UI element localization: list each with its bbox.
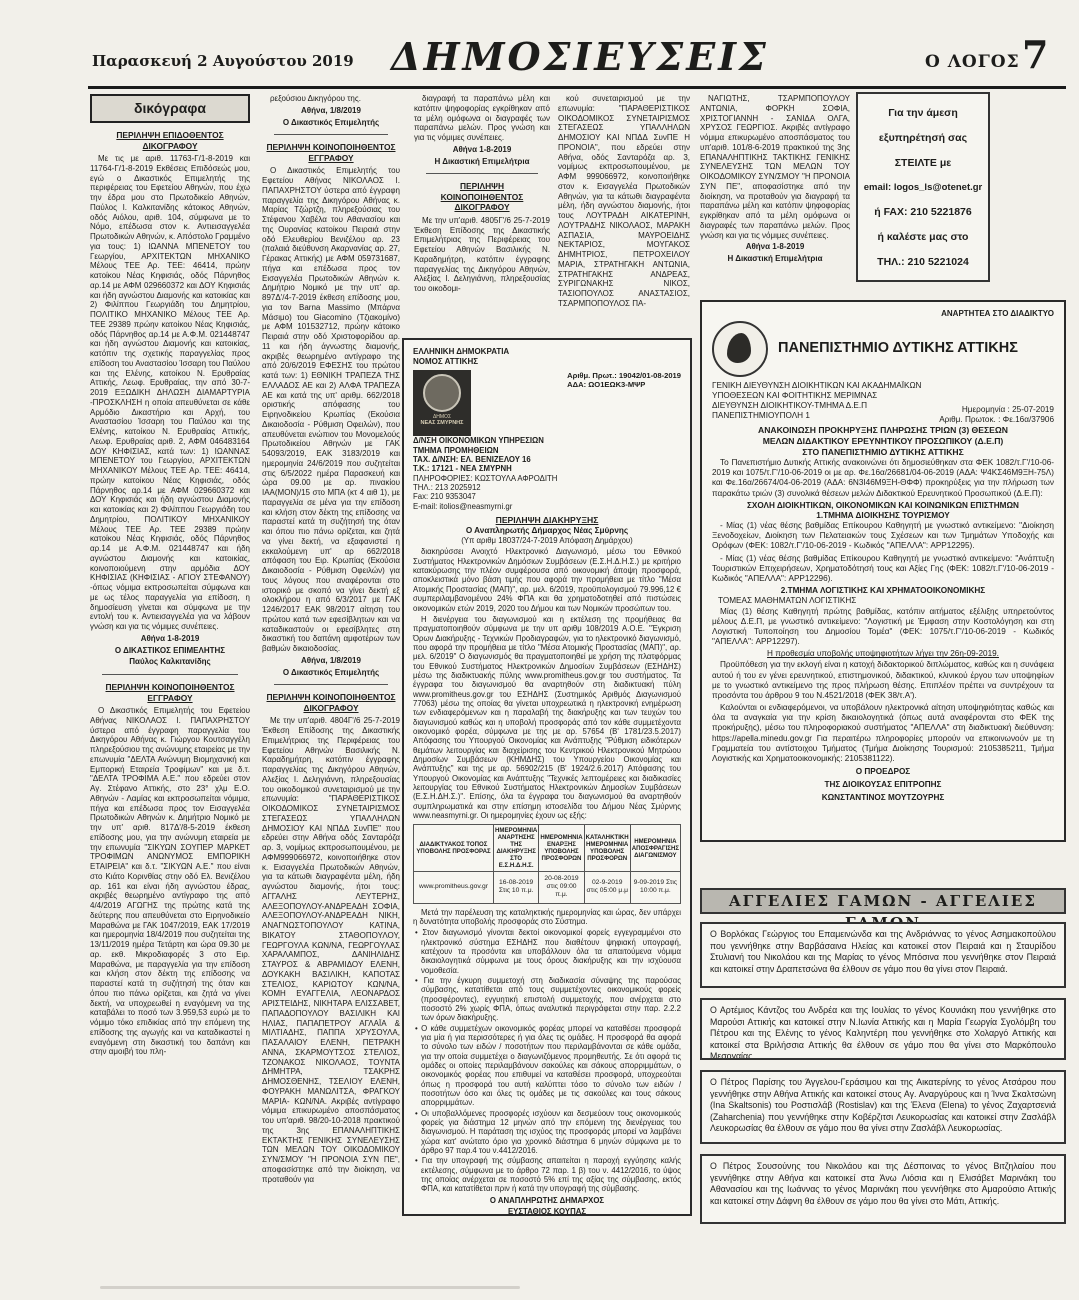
notice-continuation: ΝΑΓΙΩΤΗΣ, ΤΣΑΡΜΠΟΠΟΥΛΟΥ ΑΝΤΩΝΙΑ, ΦΟΡΚΗ Σ… <box>700 94 850 240</box>
address-line: Τ.Κ.: 17121 - ΝΕΑ ΣΜΥΡΝΗ <box>413 464 681 473</box>
ad-line: ΣΤΕΙΛΤΕ με <box>862 157 984 169</box>
tender-decision-ref: (Υπ αριθμ 18037/24-7-2019 Απόφαση Δημάρχ… <box>413 536 681 545</box>
newspaper-page: Παρασκευή 2 Αυγούστου 2019 ΔΗΜΟΣΙΕΥΣΕΙΣ … <box>0 0 1079 1300</box>
tender-paragraph: διακηρύσσει Ανοιχτό Ηλεκτρονικό Διαγωνισ… <box>413 547 681 612</box>
university-letterhead: ΓΕΝΙΚΗ ΔΙΕΥΘΥΝΣΗ ΔΙΟΙΚΗΤΙΚΩΝ ΚΑΙ ΑΚΑΔΗΜΑ… <box>712 381 1054 422</box>
table-cell: 02-9-2019 στις 05:00 μ.μ <box>584 872 630 903</box>
tender-bullet: Στον διαγωνισμό γίνονται δεκτοί οικονομι… <box>413 928 681 975</box>
table-cell: 20-08-2019 στις 09:00 π.μ. <box>539 872 584 903</box>
announcement-title: ΣΤΟ ΠΑΝΕΠΙΣΤΗΜΙΟ ΔΥΤΙΚΗΣ ΑΤΤΙΚΗΣ <box>712 447 1054 458</box>
signature-date: Αθήνα 1-8-2019 <box>700 242 850 252</box>
address-line: Δ/ΝΣΗ ΟΙΚΟΝΟΜΙΚΩΝ ΥΠΗΡΕΣΙΩΝ <box>413 436 681 445</box>
protocol-block: Ημερομηνία : 25-07-2019 Αριθμ. Πρωτοκ. :… <box>939 405 1054 425</box>
notice-title: ΠΕΡΙΛΗΨΗ ΚΟΙΝΟΠΟΙΗΘΕΝΤΟΣ ΔΙΚΟΓΡΑΦΟΥ <box>266 692 396 713</box>
school-heading: ΣΧΟΛΗ ΔΙΟΙΚΗΤΙΚΩΝ, ΟΙΚΟΝΟΜΙΚΩΝ ΚΑΙ ΚΟΙΝΩ… <box>712 501 1054 511</box>
newspaper-brand: Ο ΛΟΓΟΣ <box>925 52 1020 72</box>
contact-ad-box: Για την άμεση εξυπηρέτησή σας ΣΤΕΙΛΤΕ με… <box>856 92 990 282</box>
marriage-announcements-banner: ΑΓΓΕΛΙΕΣ ΓΑΜΩΝ - ΑΓΓΕΛΙΕΣ ΓΑΜΩΝ <box>700 888 1066 914</box>
fax-line: Fax: 210 9353047 <box>413 492 681 501</box>
signature-date: Αθήνα 1-8-2019 <box>90 634 250 644</box>
position-item: - Μίας (1) νέας θέσης βαθμίδας Επίκουρου… <box>712 521 1054 552</box>
table-row: www.promitheus.gov.gr 16-08-2019 Στις 10… <box>414 872 681 903</box>
notice-body: Με την υπ'αριθ. 4804Γ'/6 25-7-2019 Έκθεσ… <box>262 716 400 1184</box>
section-divider <box>102 674 238 675</box>
section-divider <box>274 684 388 685</box>
tender-bullet: Για την υπογραφή της σύμβασης απαιτείται… <box>413 1156 681 1193</box>
signature-date: Αθήνα, 1/8/2019 <box>262 106 400 116</box>
position-item: - Μίας (1) νέας θέσης βαθμίδας Επίκουρου… <box>712 554 1054 585</box>
seal-emblem-icon <box>423 374 461 412</box>
signature-role: Η Δικαστική Επιμελήτρια <box>414 157 550 167</box>
classifieds-column-3: διαγραφή τα παραπάνω μέλη και κατόπιν ψη… <box>414 94 550 334</box>
phone-line: ΤΗΛ.: 213 2025912 <box>413 483 681 492</box>
notice-continuation: διαγραφή τα παραπάνω μέλη και κατόπιν ψη… <box>414 94 550 143</box>
signature-role: Ο ΠΡΟΕΔΡΟΣ <box>712 767 1054 777</box>
signature-role: Ο Δικαστικός Επιμελητής <box>262 118 400 128</box>
classifieds-column-2: ρεξούσιου Δικηγόρου της. Αθήνα, 1/8/2019… <box>262 94 400 1294</box>
notice-continuation: ρεξούσιου Δικηγόρου της. <box>262 94 400 104</box>
announcement-paragraph: Το Πανεπιστήμιο Δυτικής Αττικής ανακοινώ… <box>712 458 1054 499</box>
government-line: ΕΛΛΗΝΙΚΗ ΔΗΜΟΚΡΑΤΙΑ <box>413 347 681 357</box>
page-section-title: ΔΗΜΟΣΙΕΥΣΕΙΣ <box>300 34 860 79</box>
dikografa-label: δικόγραφα <box>90 94 250 123</box>
marriage-announcement: Ο Βορλόκας Γεώργιος του Επαμεινώνδα και … <box>700 922 1066 988</box>
nea-smyrni-tender-notice: ΕΛΛΗΝΙΚΗ ΔΗΜΟΚΡΑΤΙΑ ΝΟΜΟΣ ΑΤΤΙΚΗΣ ΔΗΜΟΣ … <box>402 338 692 1216</box>
classifieds-column-5: ΝΑΓΙΩΤΗΣ, ΤΣΑΡΜΠΟΠΟΥΛΟΥ ΑΝΤΩΝΙΑ, ΦΟΡΚΗ Σ… <box>700 94 850 294</box>
header-rule <box>88 86 1066 89</box>
notice-title: ΠΕΡΙΛΗΨΗ ΚΟΙΝΟΠΟΙΗΘΕΝΤΟΣ ΔΙΚΟΓΡΑΦΟΥ <box>418 181 546 213</box>
dept-line: ΥΠΟΘΕΣΕΩΝ ΚΑΙ ΦΟΙΤΗΤΙΚΗΣ ΜΕΡΙΜΝΑΣ <box>712 391 1054 401</box>
tender-dates-table: ΔΙΑΔΙΚΤΥΑΚΟΣ ΤΟΠΟΣ ΥΠΟΒΟΛΗΣ ΠΡΟΣΦΟΡΑΣ ΗΜ… <box>413 824 681 903</box>
table-header: ΔΙΑΔΙΚΤΥΑΚΟΣ ΤΟΠΟΣ ΥΠΟΒΟΛΗΣ ΠΡΟΣΦΟΡΑΣ <box>414 825 494 872</box>
address-line: ΠΛΗΡΟΦΟΡΙΕΣ: ΚΩΣΤΟΥΛΑ ΑΦΡΟΔΙΤΗ <box>413 474 681 483</box>
signature-name: ΕΥΣΤΑΘΙΟΣ ΚΟΥΠΑΣ <box>413 1207 681 1216</box>
department-heading: 1.ΤΜΗΜΑ ΔΙΟΙΚΗΣΗΣ ΤΟΥΡΙΣΜΟΥ <box>712 511 1054 521</box>
tender-bullet: Για την έγκυρη συμμετοχή στη διαδικασία … <box>413 976 681 1023</box>
ad-phone: ΤΗΛ.: 210 5221024 <box>862 256 984 268</box>
section-divider <box>426 173 538 174</box>
tender-bullet: Οι υποβαλλόμενες προσφορές ισχύουν και δ… <box>413 1109 681 1156</box>
table-cell-url: www.promitheus.gov.gr <box>414 872 494 903</box>
university-name: ΠΑΝΕΠΙΣΤΗΜΙΟ ΔΥΤΙΚΗΣ ΑΤΤΙΚΗΣ <box>778 340 1018 358</box>
ad-line: εξυπηρέτησή σας <box>862 132 984 144</box>
address-line: ΤΜΗΜΑ ΠΡΟΜΗΘΕΙΩΝ <box>413 446 681 455</box>
table-cell: 16-08-2019 Στις 10 π.μ. <box>494 872 539 903</box>
email-line: E-mail: itolios@neasmyrni.gr <box>413 502 681 511</box>
ad-line: Για την άμεση <box>862 107 984 119</box>
tender-bullet: Ο κάθε συμμετέχων οικονομικός φορέας μπο… <box>413 1024 681 1108</box>
dept-line: ΓΕΝΙΚΗ ΔΙΕΥΘΥΝΣΗ ΔΙΟΙΚΗΤΙΚΩΝ ΚΑΙ ΑΚΑΔΗΜΑ… <box>712 381 1054 391</box>
table-header: ΗΜΕΡΟΜΗΝΙΑ ΑΝΑΡΤΗΣΗΣ ΤΗΣ ΔΙΑΚΗΡΥΞΗΣ ΣΤΟ … <box>494 825 539 872</box>
tender-paragraph: Μετά την παρέλευση της καταληκτικής ημερ… <box>413 908 681 927</box>
signature-role: Ο Δικαστικός Επιμελητής <box>262 668 400 678</box>
notice-body: Ο Δικαστικός Επιμελητής του Εφετείου Αθή… <box>262 166 400 654</box>
signature-role: ΤΗΣ ΔΙΟΙΚΟΥΣΑΣ ΕΠΙΤΡΟΠΗΣ <box>712 780 1054 790</box>
table-header: ΚΑΤΑΛΗΚΤΙΚΗ ΗΜΕΡΟΜΗΝΙΑ ΥΠΟΒΟΛΗΣ ΠΡΟΣΦΟΡΩ… <box>584 825 630 872</box>
protocol-block: Αριθμ. Πρωτ.: 19042/01-08-2019 ΑΔΑ: ΩΟ1Ε… <box>567 371 681 389</box>
announcement-paragraph: Καλούνται οι ενδιαφερόμενοι, να υποβάλου… <box>712 703 1054 764</box>
classifieds-column-1: δικόγραφα ΠΕΡΙΛΗΨΗ ΕΠΙΔΟΘΕΝΤΟΣ ΔΙΚΟΓΡΑΦΟ… <box>90 94 250 1244</box>
notice-body: Με την υπ'αριθ. 4805Γ'/6 25-7-2019 Έκθεσ… <box>414 216 550 294</box>
protocol-number: Αριθμ. Πρωτοκ. : Φε.16α/37906 <box>939 415 1054 425</box>
table-cell: 9-09-2019 Στις 10:00 π.μ. <box>630 872 680 903</box>
announcement-paragraph: Προϋπόθεση για την εκλογή είναι η κατοχή… <box>712 660 1054 701</box>
scan-artifact <box>100 1286 520 1289</box>
signature-name: ΚΩΝΣΤΑΝΤΙΝΟΣ ΜΟΥΤΖΟΥΡΗΣ <box>712 793 1054 803</box>
classifieds-column-4: κού συνεταιρισμού με την επωνυμία: "ΠΑΡΑ… <box>558 94 690 334</box>
table-header: ΗΜΕΡΟΜΗΝΙΑ ΕΝΑΡΞΗΣ ΥΠΟΒΟΛΗΣ ΠΡΟΣΦΟΡΩΝ <box>539 825 584 872</box>
marriage-announcement: Ο Αρτέμιος Κάντζος του Ανδρέα και της Ιο… <box>700 998 1066 1060</box>
signature-name: Παύλος Καλκιτανίδης <box>90 657 250 667</box>
deadline-line: Η προθεσμία υποβολής υποψηφιοτήτων λήγει… <box>712 649 1054 659</box>
sector-heading: ΤΟΜΕΑΣ ΜΑΘΗΜΑΤΩΝ ΛΟΓΙΣΤΙΚΗΣ <box>712 596 1054 606</box>
tender-subtitle: Ο Αναπληρωτής Δήμαρχος Νέας Σμύρνης <box>413 526 681 536</box>
university-logo-icon <box>712 321 768 377</box>
anartitea-label: ΑΝΑΡΤΗΤΕΑ ΣΤΟ ΔΙΑΔΙΚΤΥΟ <box>712 309 1054 319</box>
notice-continuation: κού συνεταιρισμού με την επωνυμία: "ΠΑΡΑ… <box>558 94 690 309</box>
university-header: ΠΑΝΕΠΙΣΤΗΜΙΟ ΔΥΤΙΚΗΣ ΑΤΤΙΚΗΣ <box>712 321 1054 377</box>
tender-paragraph: Η διενέργεια του διαγωνισμού και η εκτέλ… <box>413 615 681 821</box>
signature-date: Αθήνα, 1/8/2019 <box>262 656 400 666</box>
date-line: Ημερομηνία : 25-07-2019 <box>939 405 1054 415</box>
notice-title: ΠΕΡΙΛΗΨΗ ΚΟΙΝΟΠΟΙΗΘΕΝΤΟΣ ΕΓΓΡΑΦΟΥ <box>266 142 396 163</box>
position-item: Μίας (1) θέσης Καθηγητή πρώτης βαθμίδας,… <box>712 607 1054 648</box>
section-divider <box>274 134 388 135</box>
ad-fax: ή FAX: 210 5221876 <box>862 206 984 218</box>
address-line: ΤΑΧ. Δ/ΝΣΗ: ΕΛ. ΒΕΝΙΖΕΛΟΥ 16 <box>413 455 681 464</box>
notice-letterhead: ΕΛΛΗΝΙΚΗ ΔΗΜΟΚΡΑΤΙΑ ΝΟΜΟΣ ΑΤΤΙΚΗΣ ΔΗΜΟΣ … <box>413 347 681 436</box>
tender-title: ΠΕΡΙΛΗΨΗ ΔΙΑΚΗΡΥΞΗΣ <box>413 515 681 525</box>
announcement-title: ΑΝΑΚΟΙΝΩΣΗ ΠΡΟΚΗΡΥΞΗΣ ΠΛΗΡΩΣΗΣ ΤΡΙΩΝ (3)… <box>712 425 1054 436</box>
ada-code: ΑΔΑ: ΩΟ1ΕΩΚ3-ΜΨΡ <box>567 380 681 389</box>
ad-email: email: logos_ls@otenet.gr <box>862 182 984 193</box>
protocol-number: Αριθμ. Πρωτ.: 19042/01-08-2019 <box>567 371 681 380</box>
department-heading: 2.ΤΜΗΜΑ ΛΟΓΙΣΤΙΚΗΣ ΚΑΙ ΧΡΗΜΑΤΟΟΙΚΟΝΟΜΙΚΗ… <box>712 586 1054 596</box>
signature-role: Η Δικαστική Επιμελήτρια <box>700 254 850 264</box>
university-announcement: ΑΝΑΡΤΗΤΕΑ ΣΤΟ ΔΙΑΔΙΚΤΥΟ ΠΑΝΕΠΙΣΤΗΜΙΟ ΔΥΤ… <box>700 300 1066 842</box>
seal-label: ΝΕΑΣ ΣΜΥΡΝΗΣ <box>421 420 464 426</box>
municipality-seal-icon: ΔΗΜΟΣ ΝΕΑΣ ΣΜΥΡΝΗΣ <box>413 370 471 436</box>
announcement-title: ΜΕΛΩΝ ΔΙΔΑΚΤΙΚΟΥ ΕΡΕΥΝΗΤΙΚΟΥ ΠΡΟΣΩΠΙΚΟΥ … <box>712 436 1054 447</box>
notice-body: Ο Δικαστικός Επιμελητής του Εφετείου Αθή… <box>90 706 250 1057</box>
notice-title: ΠΕΡΙΛΗΨΗ ΚΟΙΝΟΠΟΙΗΘΕΝΤΟΣ ΕΓΓΡΑΦΟΥ <box>94 682 246 703</box>
notice-title: ΠΕΡΙΛΗΨΗ ΕΠΙΔΟΘΕΝΤΟΣ ΔΙΚΟΓΡΑΦΟΥ <box>94 130 246 151</box>
signature-role: Ο ΑΝΑΠΛΗΡΩΤΗΣ ΔΗΜΑΡΧΟΣ <box>413 1196 681 1205</box>
marriage-announcement: Ο Πέτρος Παρίσης του Άγγελου-Γεράσιμου κ… <box>700 1070 1066 1144</box>
notice-body: Με τις με αριθ. 11763-Γ/1-8-2019 και 117… <box>90 154 250 632</box>
marriage-announcement: Ο Πέτρος Σουσούνης του Νικολάου και της … <box>700 1154 1066 1224</box>
page-number: 7 <box>1022 32 1048 77</box>
address-block: Δ/ΝΣΗ ΟΙΚΟΝΟΜΙΚΩΝ ΥΠΗΡΕΣΙΩΝ ΤΜΗΜΑ ΠΡΟΜΗΘ… <box>413 436 681 511</box>
government-line: ΝΟΜΟΣ ΑΤΤΙΚΗΣ <box>413 357 681 367</box>
table-header: ΗΜΕΡΟΜΗΝΙΑ ΑΠΟΣΦΡΑΓΙΣΗΣ ΔΙΑΓΩΝΙΣΜΟΥ <box>630 825 680 872</box>
ad-line: ή καλέστε μας στο <box>862 231 984 243</box>
signature-date: Αθήνα 1-8-2019 <box>414 145 550 155</box>
signature-role: Ο ΔΙΚΑΣΤΙΚΟΣ ΕΠΙΜΕΛΗΤΗΣ <box>90 646 250 656</box>
